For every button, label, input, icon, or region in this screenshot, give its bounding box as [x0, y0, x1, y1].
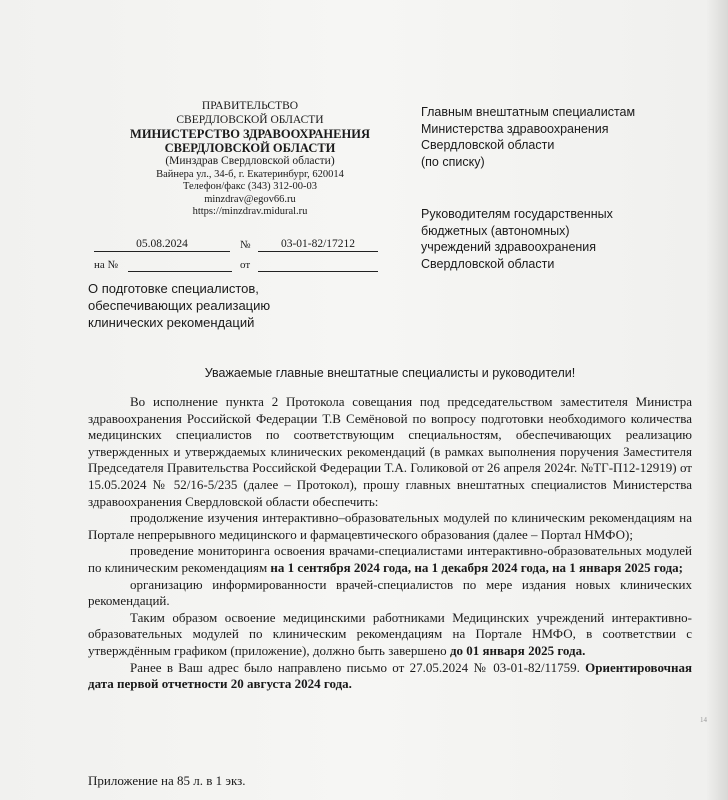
government-title: ПРАВИТЕЛЬСТВО	[100, 100, 400, 114]
paragraph-2: продолжение изучения интерактивно–образо…	[88, 510, 692, 543]
registration-number-label: №	[240, 239, 251, 251]
paragraph-1: Во исполнение пункта 2 Протокола совещан…	[88, 394, 692, 510]
region-title: СВЕРДЛОВСКОЙ ОБЛАСТИ	[100, 114, 400, 128]
registration-number: 03-01-82/17212	[258, 237, 378, 252]
attachment-note: Приложение на 85 л. в 1 экз.	[88, 773, 246, 789]
sender-phone: Телефон/факс (343) 312-00-03	[100, 181, 400, 194]
deadline-dates: на 1 сентября 2024 года, на 1 декабря 20…	[270, 560, 683, 575]
recipient-block-2: Руководителям государственных бюджетных …	[421, 206, 701, 272]
recipients: Главным внештатным специалистам Министер…	[421, 104, 701, 272]
reply-to-field	[128, 257, 232, 272]
letter-body: Во исполнение пункта 2 Протокола совещан…	[88, 394, 692, 693]
reply-to-label: на №	[94, 259, 118, 271]
ministry-title-1: МИНИСТЕРСТВО ЗДРАВООХРАНЕНИЯ	[100, 127, 400, 141]
ministry-title-2: СВЕРДЛОВСКОЙ ОБЛАСТИ	[100, 141, 400, 155]
registration-date: 05.08.2024	[94, 237, 230, 252]
paragraph-3: проведение мониторинга освоения врачами-…	[88, 543, 692, 576]
subject-line: клинических рекомендаций	[88, 314, 388, 331]
sender-letterhead: ПРАВИТЕЛЬСТВО СВЕРДЛОВСКОЙ ОБЛАСТИ МИНИС…	[100, 100, 400, 219]
sender-website: https://minzdrav.midural.ru	[100, 206, 400, 219]
completion-deadline: до 01 января 2025 года.	[450, 643, 585, 658]
margin-mark: 14	[700, 716, 707, 724]
recipient-line: (по списку)	[421, 154, 701, 171]
document-page: ПРАВИТЕЛЬСТВО СВЕРДЛОВСКОЙ ОБЛАСТИ МИНИС…	[0, 0, 728, 800]
recipient-line: учреждений здравоохранения	[421, 239, 701, 256]
subject-line: О подготовке специалистов,	[88, 280, 388, 297]
recipient-line: Руководителям государственных	[421, 206, 701, 223]
greeting: Уважаемые главные внештатные специалисты…	[80, 366, 700, 380]
recipient-block-1: Главным внештатным специалистам Министер…	[421, 104, 701, 170]
paragraph-4: организацию информированности врачей-спе…	[88, 577, 692, 610]
sender-address: Вайнера ул., 34-б, г. Екатеринбург, 6200…	[100, 169, 400, 182]
letter-subject: О подготовке специалистов, обеспечивающи…	[88, 280, 388, 331]
ministry-short-name: (Минздрав Свердловской области)	[100, 155, 400, 169]
from-label: от	[240, 259, 250, 271]
subject-line: обеспечивающих реализацию	[88, 297, 388, 314]
recipient-line: Главным внештатным специалистам	[421, 104, 701, 121]
recipient-line: Министерства здравоохранения	[421, 121, 701, 138]
paragraph-5: Таким образом освоение медицинскими рабо…	[88, 610, 692, 660]
from-field	[258, 257, 378, 272]
sender-email: minzdrav@egov66.ru	[100, 194, 400, 207]
recipient-line: бюджетных (автономных)	[421, 223, 701, 240]
paragraph-6: Ранее в Ваш адрес было направлено письмо…	[88, 660, 692, 693]
recipient-line: Свердловской области	[421, 137, 701, 154]
recipient-line: Свердловской области	[421, 256, 701, 273]
